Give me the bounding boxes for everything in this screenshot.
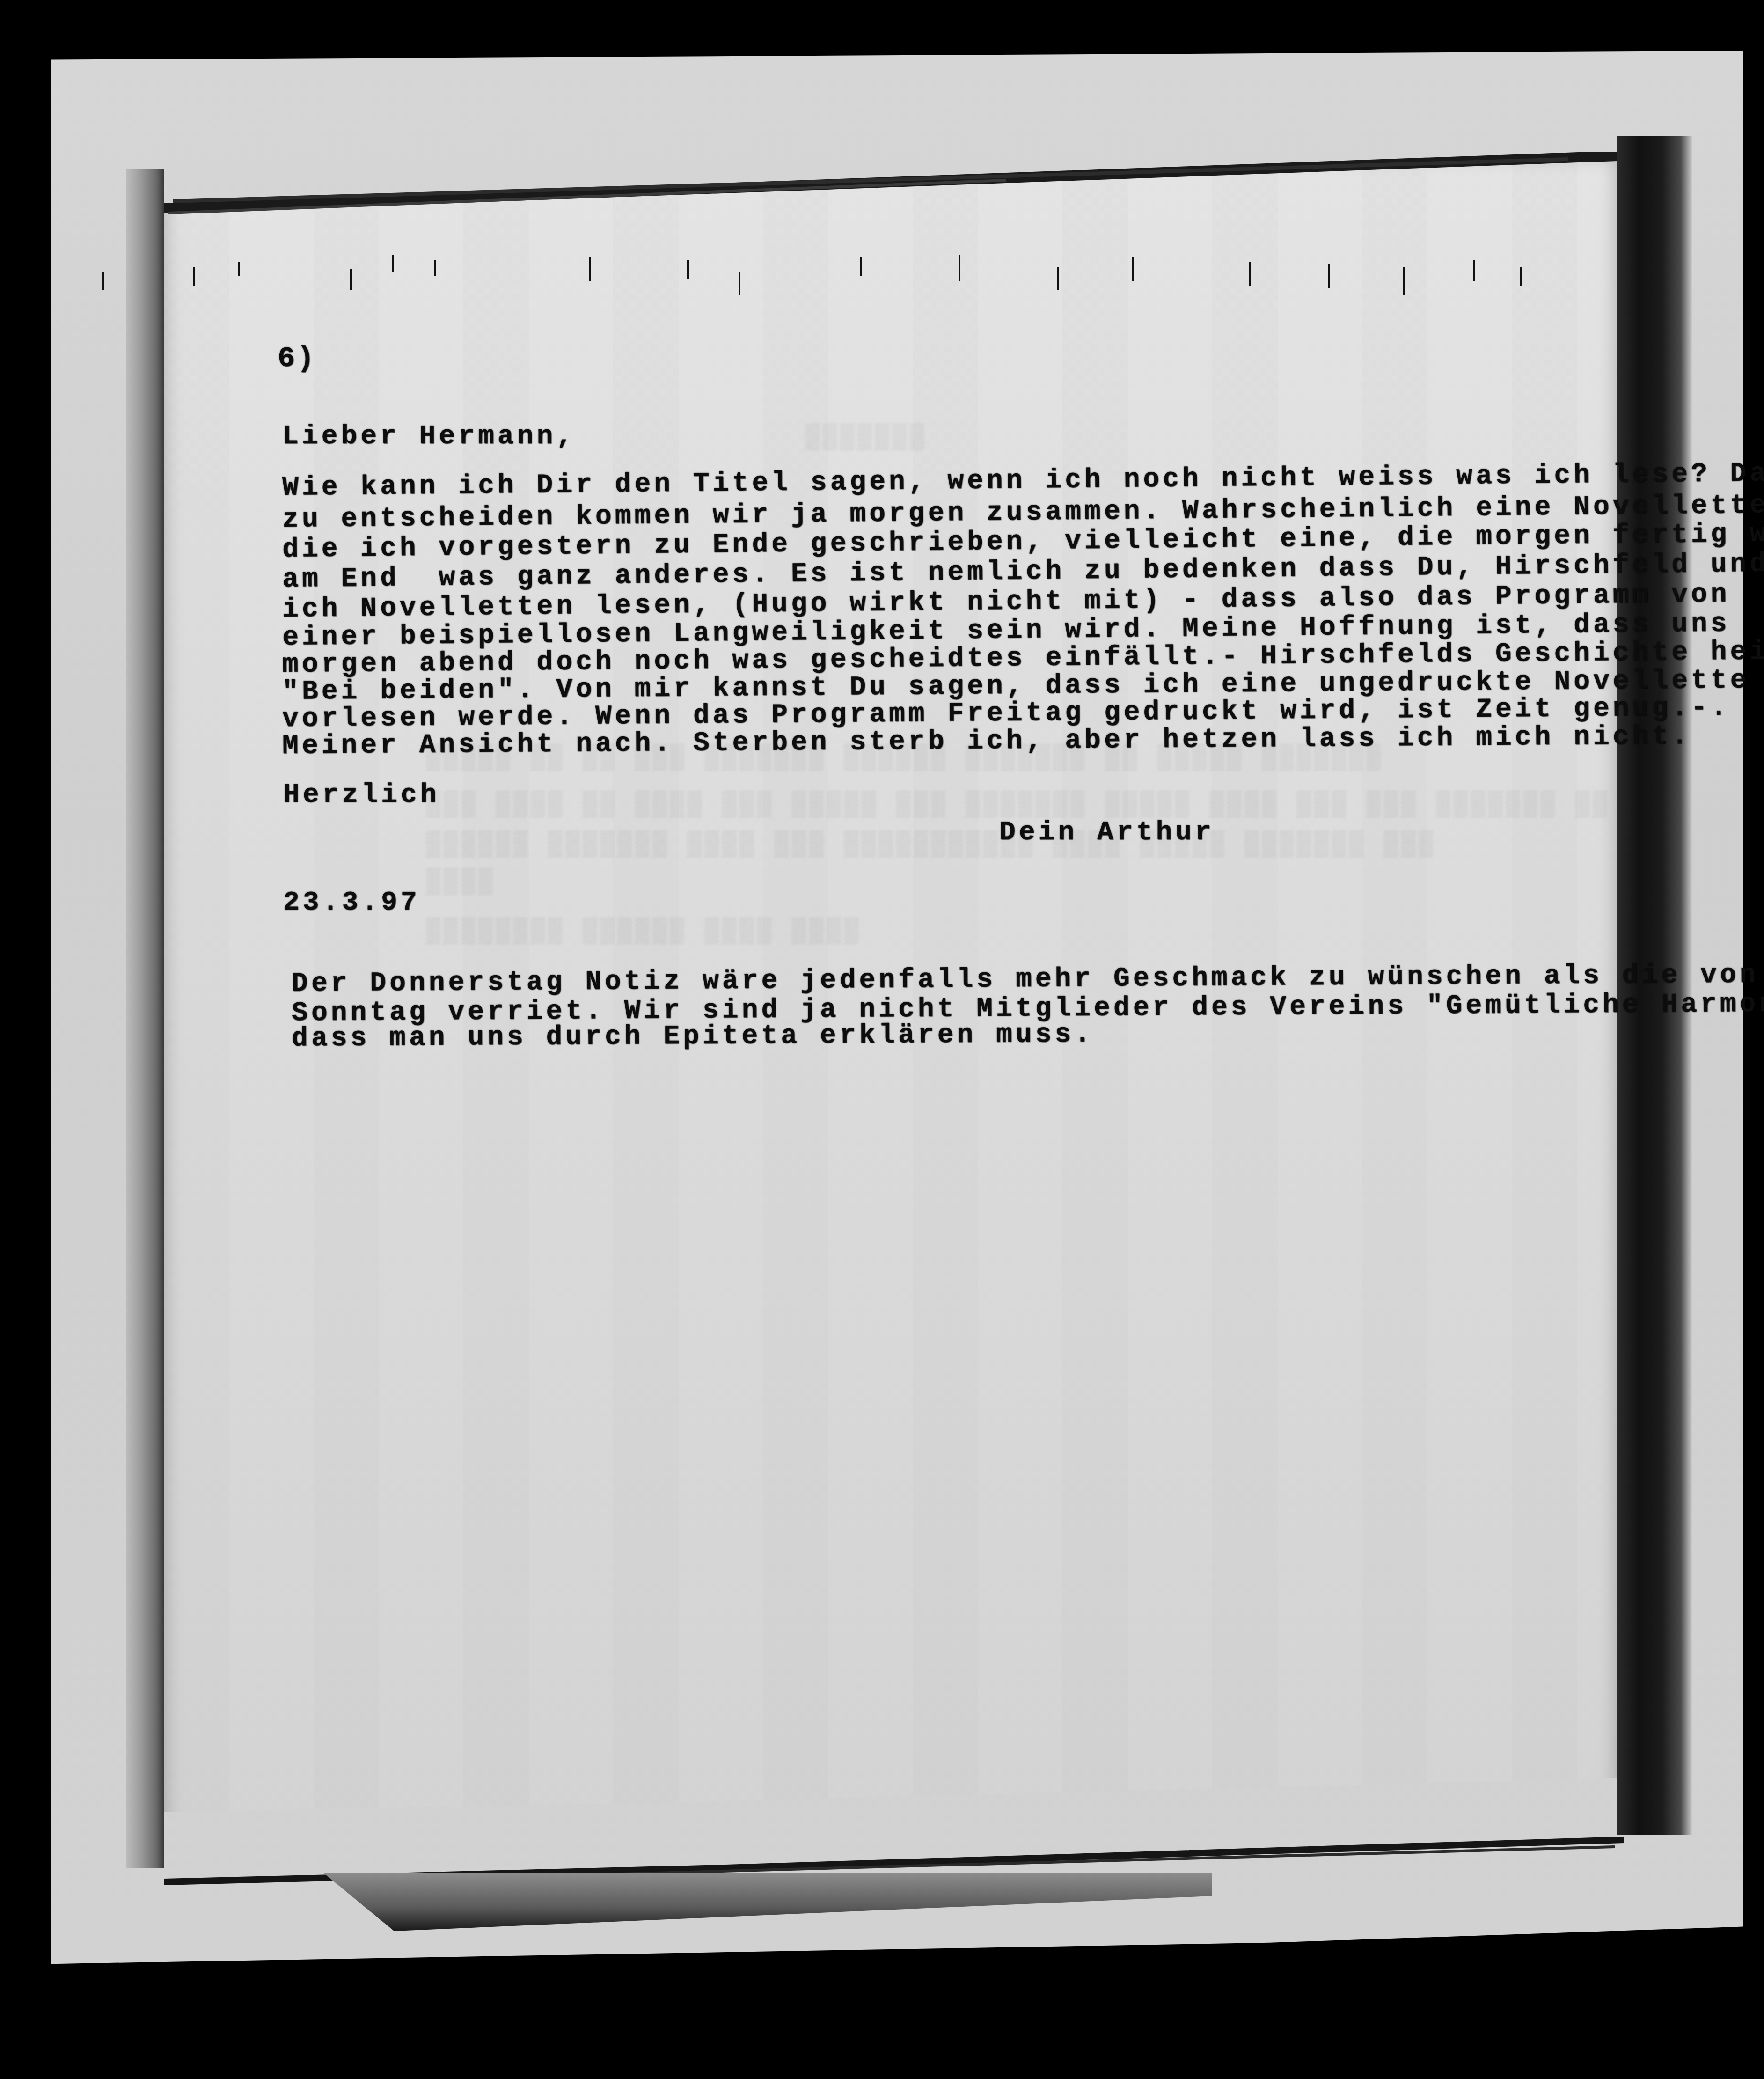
closing: Herzlich (283, 782, 439, 809)
signature: Dein Arthur (999, 819, 1215, 846)
folder-edge (126, 169, 164, 1868)
letter-date: 23.3.97 (283, 889, 420, 917)
page-number-marker: 6) (278, 344, 316, 373)
salutation: Lieber Hermann, (282, 423, 576, 450)
postscript-line: dass man uns durch Epiteta erklären muss… (292, 1021, 1094, 1053)
